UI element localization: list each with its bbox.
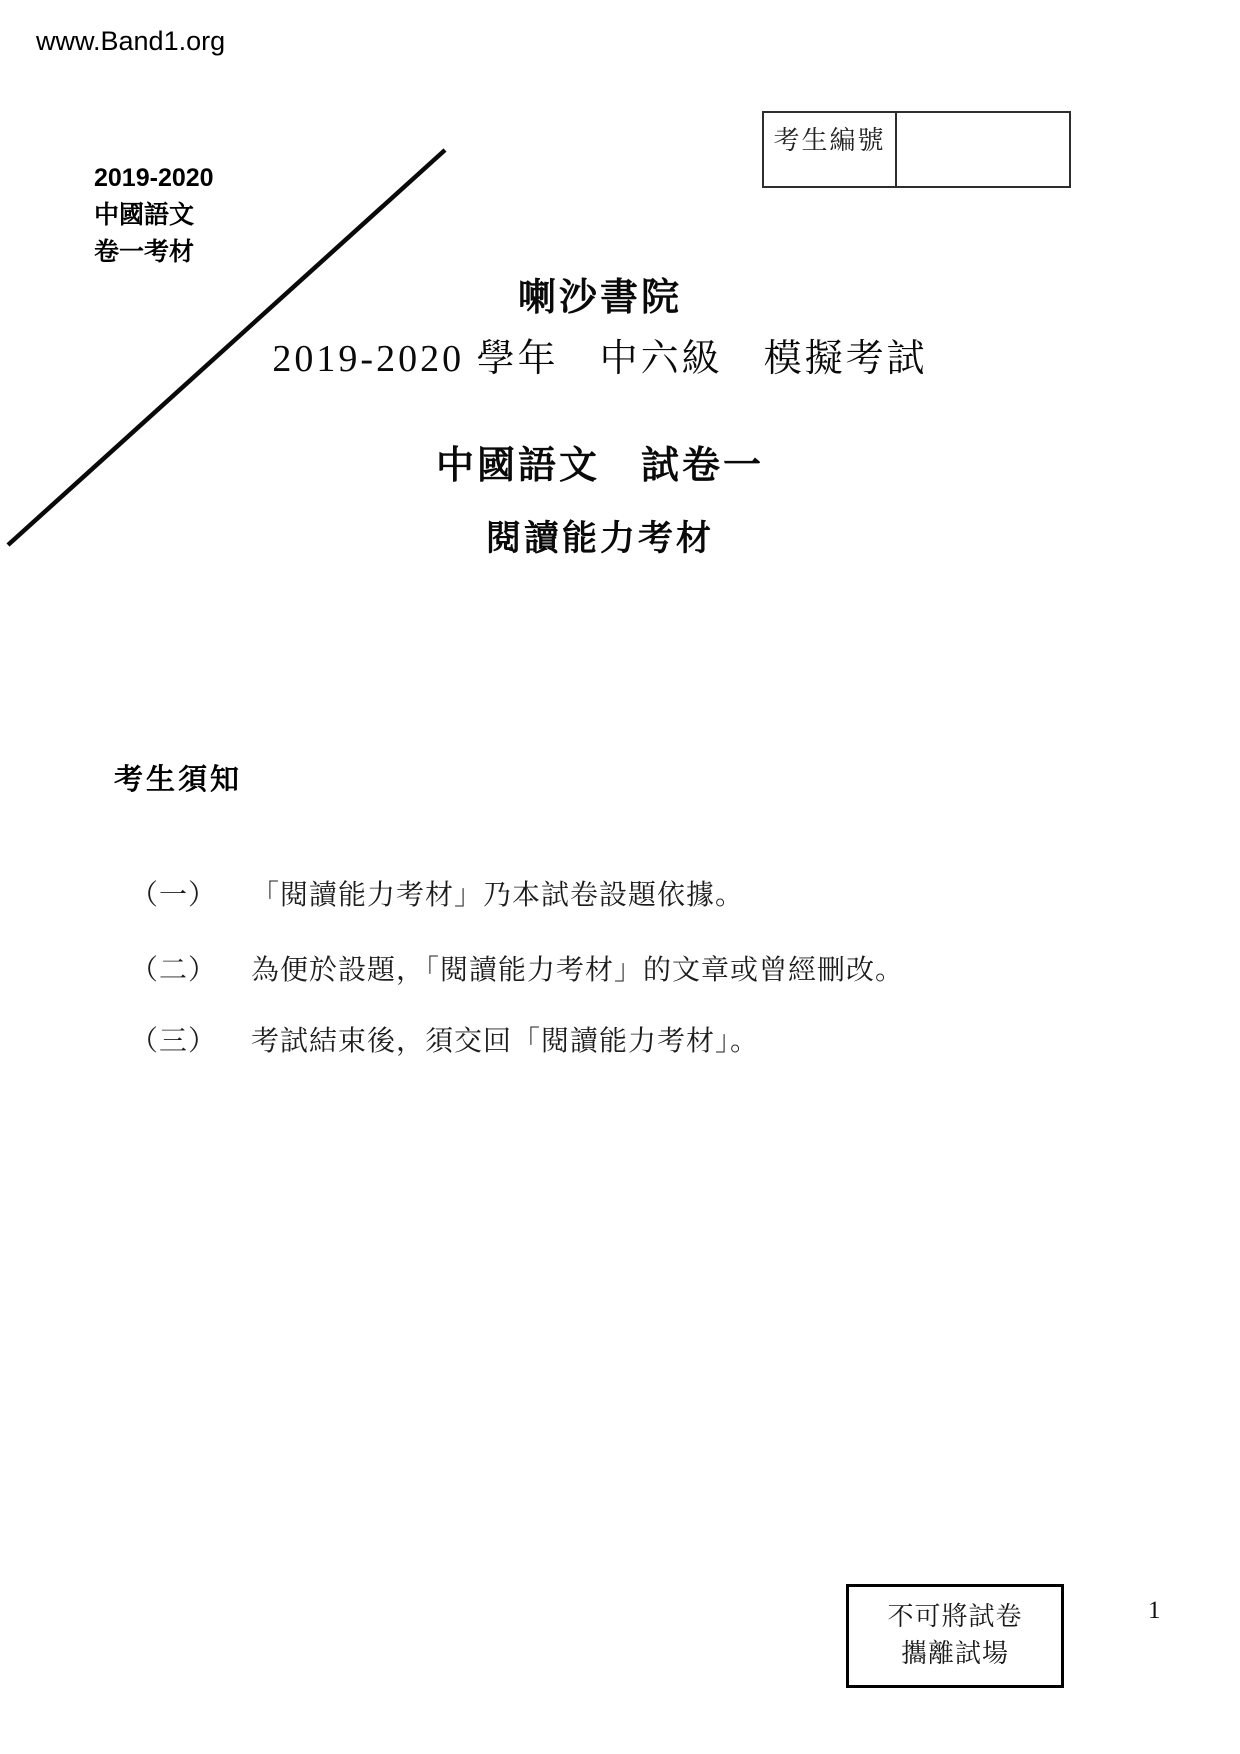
notice-item-1-number: （一） — [130, 873, 217, 913]
school-name: 喇沙書院 — [0, 266, 1200, 321]
candidate-notes-heading: 考生須知 — [114, 757, 242, 798]
subject-paper-line: 中國語文 試卷一 — [0, 434, 1200, 489]
exam-title-line: 2019-2020 學年 中六級 模擬考試 — [0, 327, 1200, 382]
candidate-number-cell[interactable] — [897, 113, 1069, 186]
notice-item-2-number: （二） — [130, 948, 217, 988]
notice-item-3: （三） 考試結束後，須交回「閱讀能力考材」。 — [130, 1019, 759, 1059]
notice-item-3-text: 考試結束後，須交回「閱讀能力考材」。 — [251, 1019, 759, 1059]
notice-item-1-text: 「閱讀能力考材」乃本試卷設題依據。 — [251, 873, 744, 913]
notice-item-2-text: 為便於設題，「閱讀能力考材」的文章或曾經刪改。 — [251, 948, 904, 988]
document-page: www.Band1.org 考生編號 2019-2020 中國語文 卷一考材 喇… — [0, 0, 1240, 1754]
notice-item-2: （二） 為便於設題，「閱讀能力考材」的文章或曾經刪改。 — [130, 948, 904, 988]
reading-material-title: 閱讀能力考材 — [0, 511, 1200, 561]
page-number: 1 — [1148, 1597, 1161, 1625]
candidate-number-label: 考生編號 — [764, 113, 897, 186]
candidate-number-box: 考生編號 — [762, 111, 1071, 188]
notice-item-1: （一） 「閱讀能力考材」乃本試卷設題依據。 — [130, 873, 744, 913]
do-not-remove-box: 不可將試卷 攜離試場 — [846, 1584, 1064, 1688]
do-not-remove-line-2: 攜離試場 — [849, 1635, 1061, 1672]
notice-item-3-number: （三） — [130, 1019, 217, 1059]
do-not-remove-line-1: 不可將試卷 — [849, 1598, 1061, 1635]
